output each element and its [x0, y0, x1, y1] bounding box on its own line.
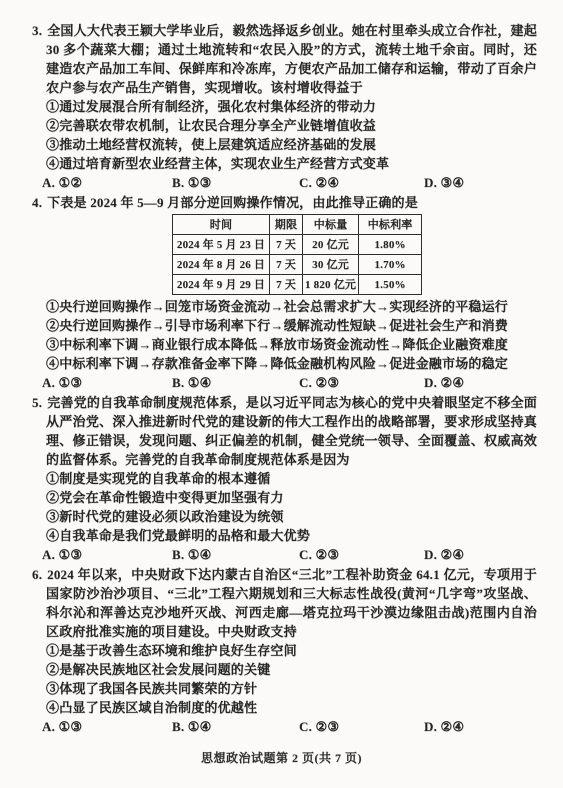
question-3: 3.全国人大代表王颖大学毕业后，毅然选择返乡创业。她在村里牵头成立合作社，建起 … [32, 21, 537, 192]
repo-operations-table: 时间 期限 中标量 中标利率 2024 年 5 月 23 日 7 天 20 亿元… [172, 214, 422, 295]
table-header-rate: 中标利率 [359, 215, 422, 235]
question-4: 4.下表是 2024 年 5—9 月部分逆回购操作情况，由此推导正确的是 时间 … [32, 193, 537, 392]
table-cell-date: 2024 年 5 月 23 日 [173, 235, 270, 255]
question-6-option-b: B. ①④ [172, 717, 299, 736]
table-cell-rate: 1.80% [359, 235, 422, 255]
question-3-statement-1: ①通过发展混合所有制经济，强化农村集体经济的带动力 [46, 97, 537, 116]
table-cell-date: 2024 年 8 月 26 日 [173, 255, 270, 275]
table-header-time: 时间 [173, 215, 270, 235]
question-5-statement-1: ①制度是实现党的自我革命的根本遵循 [46, 469, 537, 488]
question-5-statement-4: ④自我革命是我们党最鲜明的品格和最大优势 [46, 526, 537, 545]
question-4-statement-3: ③中标利率下调→商业银行成本降低→释放市场资金流动性→降低企业融资难度 [46, 335, 537, 354]
question-5: 5.完善党的自我革命制度规范体系，是以习近平同志为核心的党中央着眼坚定不移全面从… [32, 393, 537, 564]
repo-table-wrapper: 时间 期限 中标量 中标利率 2024 年 5 月 23 日 7 天 20 亿元… [172, 214, 537, 295]
exam-paper-sheet: 3.全国人大代表王颖大学毕业后，毅然选择返乡创业。她在村里牵头成立合作社，建起 … [0, 0, 563, 788]
table-cell-rate: 1.50% [359, 275, 422, 295]
question-5-statement-3: ③新时代党的建设必须以政治建设为统领 [46, 507, 537, 526]
table-header-row: 时间 期限 中标量 中标利率 [173, 215, 422, 235]
question-4-statement-1: ①央行逆回购操作→回笼市场资金流动→社会总需求扩大→实现经济的平稳运行 [46, 297, 537, 316]
question-6-option-d: D. ②④ [424, 717, 464, 736]
question-3-option-b: B. ①③ [172, 173, 299, 192]
table-cell-date: 2024 年 9 月 29 日 [173, 275, 270, 295]
question-6-options-row: A. ①③ B. ①④ C. ②③ D. ②④ [42, 717, 537, 736]
table-cell-rate: 1.70% [359, 255, 422, 275]
question-6-number: 6. [32, 567, 42, 582]
question-4-option-d: D. ②④ [424, 373, 464, 392]
question-5-option-c: C. ②③ [299, 545, 424, 564]
question-5-options-row: A. ①③ B. ①④ C. ②③ D. ②④ [42, 545, 537, 564]
table-header-term: 期限 [270, 215, 303, 235]
question-3-statement-3: ③推动土地经营权流转，使上层建筑适应经济基础的发展 [46, 135, 537, 154]
question-5-option-d: D. ②④ [424, 545, 464, 564]
exam-page-content: 3.全国人大代表王颖大学毕业后，毅然选择返乡创业。她在村里牵头成立合作社，建起 … [0, 0, 563, 736]
question-6-statement-1: ①是基于改善生态环境和维护良好生存空间 [46, 641, 537, 660]
table-row: 2024 年 5 月 23 日 7 天 20 亿元 1.80% [173, 235, 422, 255]
question-3-option-c: C. ②④ [299, 173, 424, 192]
question-5-option-a: A. ①③ [42, 545, 172, 564]
question-5-statement-2: ②党会在革命性锻造中变得更加坚强有力 [46, 488, 537, 507]
question-4-option-c: C. ②③ [299, 373, 424, 392]
question-6-statement-4: ④凸显了民族区域自治制度的优越性 [46, 698, 537, 717]
question-4-statement-2: ②央行逆回购操作→引导市场利率下行→缓解流动性短缺→促进社会生产和消费 [46, 316, 537, 335]
question-5-stem-text: 完善党的自我革命制度规范体系，是以习近平同志为核心的党中央着眼坚定不移全面从严治… [46, 395, 537, 467]
question-5-number: 5. [32, 395, 42, 410]
question-3-option-d: D. ③④ [424, 173, 464, 192]
question-3-option-a: A. ①② [42, 173, 172, 192]
question-5-option-b: B. ①④ [172, 545, 299, 564]
question-6-statement-3: ③体现了我国各民族共同繁荣的方针 [46, 679, 537, 698]
question-6-stem-text: 2024 年以来，中央财政下达内蒙古自治区“三北”工程补助资金 64.1 亿元，… [46, 567, 537, 639]
question-3-statement-2: ②完善联农带农机制，让农民合理分享全产业链增值收益 [46, 116, 537, 135]
question-6: 6.2024 年以来，中央财政下达内蒙古自治区“三北”工程补助资金 64.1 亿… [32, 565, 537, 736]
question-4-stem: 4.下表是 2024 年 5—9 月部分逆回购操作情况，由此推导正确的是 [46, 193, 537, 212]
question-3-stem-text: 全国人大代表王颖大学毕业后，毅然选择返乡创业。她在村里牵头成立合作社，建起 30… [46, 23, 537, 95]
question-4-stem-text: 下表是 2024 年 5—9 月部分逆回购操作情况，由此推导正确的是 [47, 195, 418, 210]
question-6-option-a: A. ①③ [42, 717, 172, 736]
table-cell-amount: 1 820 亿元 [303, 275, 359, 295]
question-3-stem: 3.全国人大代表王颖大学毕业后，毅然选择返乡创业。她在村里牵头成立合作社，建起 … [46, 21, 537, 97]
table-cell-amount: 20 亿元 [303, 235, 359, 255]
table-cell-amount: 30 亿元 [303, 255, 359, 275]
question-3-statement-4: ④通过培育新型农业经营主体，实现农业生产经营方式变革 [46, 154, 537, 173]
question-6-statement-2: ②是解决民族地区社会发展问题的关键 [46, 660, 537, 679]
table-cell-term: 7 天 [270, 235, 303, 255]
question-6-stem: 6.2024 年以来，中央财政下达内蒙古自治区“三北”工程补助资金 64.1 亿… [46, 565, 537, 641]
question-4-number: 4. [32, 195, 42, 210]
table-cell-term: 7 天 [270, 255, 303, 275]
question-4-statement-4: ④中标利率下调→存款准备金率下降→降低金融机构风险→促进金融市场的稳定 [46, 354, 537, 373]
question-6-option-c: C. ②③ [299, 717, 424, 736]
table-header-amount: 中标量 [303, 215, 359, 235]
table-row: 2024 年 9 月 29 日 7 天 1 820 亿元 1.50% [173, 275, 422, 295]
question-4-option-a: A. ①③ [42, 373, 172, 392]
page-footer: 思想政治试题第 2 页(共 7 页) [0, 749, 563, 766]
question-5-stem: 5.完善党的自我革命制度规范体系，是以习近平同志为核心的党中央着眼坚定不移全面从… [46, 393, 537, 469]
question-3-number: 3. [32, 23, 42, 38]
table-cell-term: 7 天 [270, 275, 303, 295]
question-4-options-row: A. ①③ B. ①④ C. ②③ D. ②④ [42, 373, 537, 392]
question-4-option-b: B. ①④ [172, 373, 299, 392]
question-3-options-row: A. ①② B. ①③ C. ②④ D. ③④ [42, 173, 537, 192]
table-row: 2024 年 8 月 26 日 7 天 30 亿元 1.70% [173, 255, 422, 275]
